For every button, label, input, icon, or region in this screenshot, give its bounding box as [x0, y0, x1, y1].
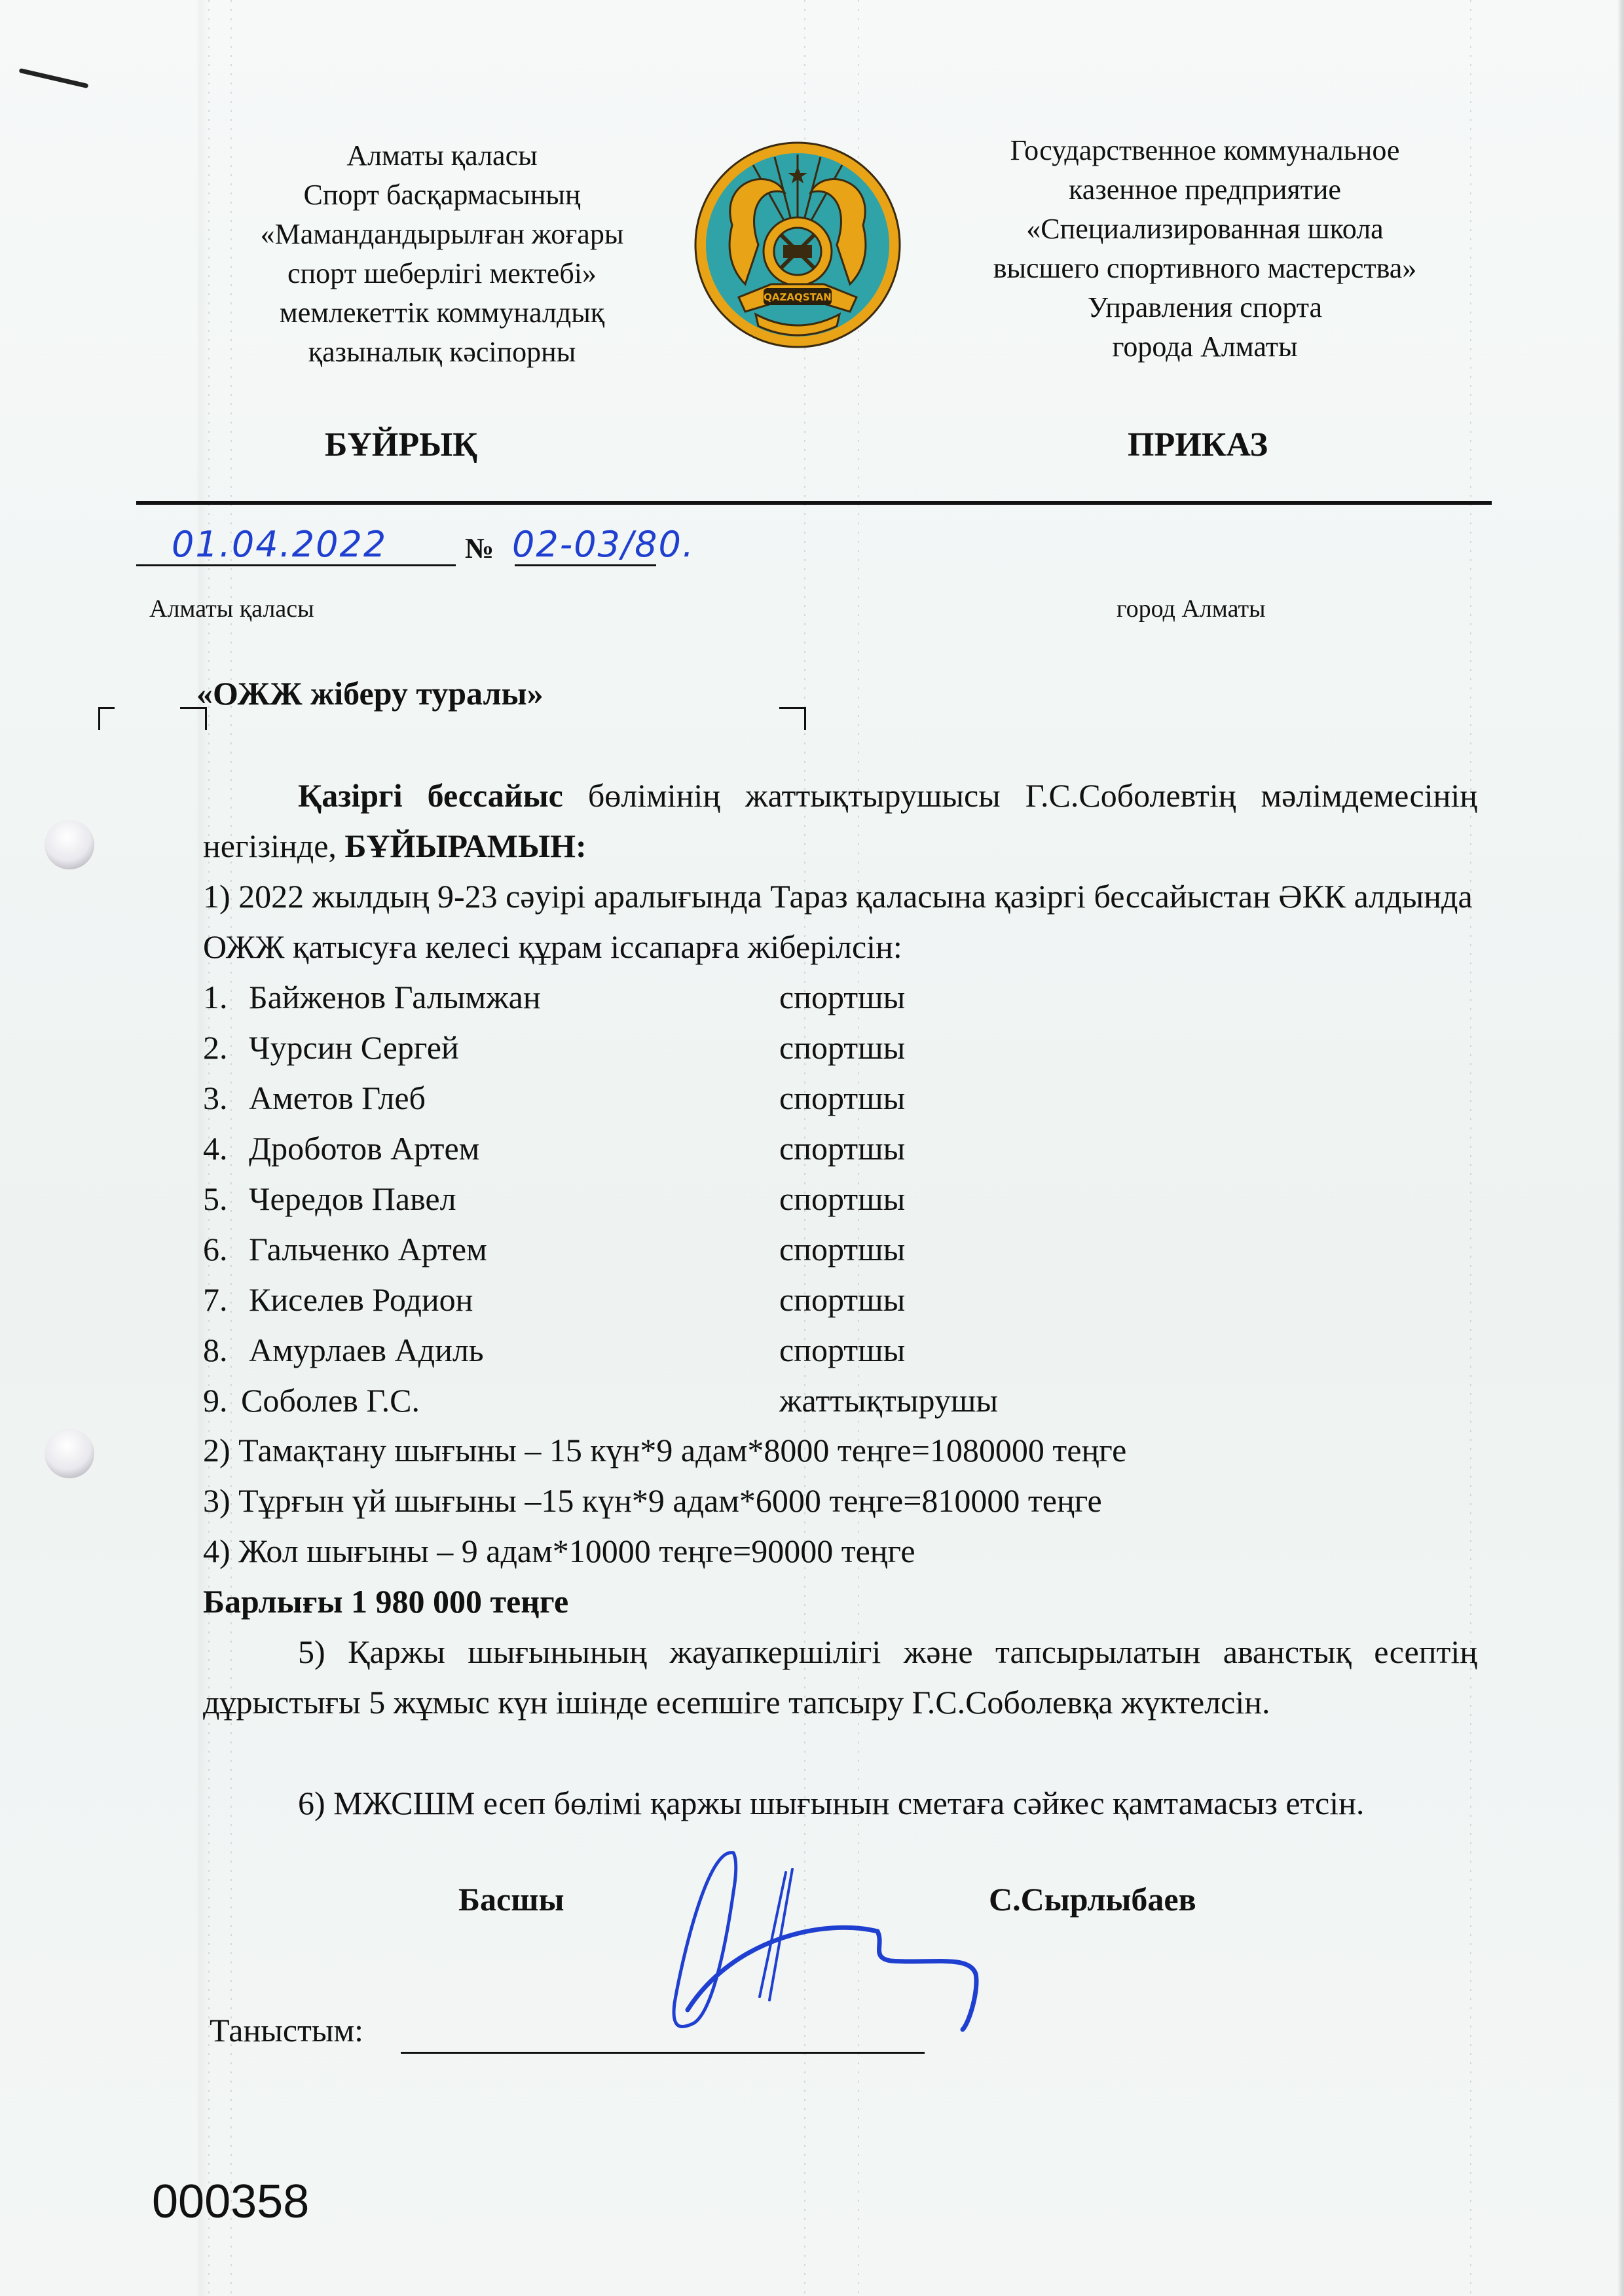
- team-member-number: 3.: [203, 1073, 249, 1123]
- corner-mark: [779, 707, 806, 730]
- team-member-number: 2.: [203, 1023, 249, 1073]
- signatory-position: Басшы: [458, 1880, 564, 1918]
- place-russian: город Алматы: [1116, 594, 1266, 623]
- preamble-bold-start: Қазіргі бессайыс: [298, 777, 563, 814]
- header-kazakh: Алматы қаласы Спорт басқармасының «Маман…: [190, 136, 694, 372]
- handwritten-signature: [655, 1833, 1126, 2049]
- order-number: 02-03/80.: [512, 524, 695, 565]
- serial-number: 000358: [152, 2175, 309, 2229]
- team-member-row: 6.Гальченко Артемспортшы: [203, 1224, 487, 1275]
- header-russian: Государственное коммунальное казенное пр…: [917, 131, 1493, 367]
- team-member-row: 2.Чурсин Сергейспортшы: [203, 1023, 459, 1073]
- header-russian-line: высшего спортивного мастерства»: [917, 249, 1493, 288]
- team-member-row: 4.Дроботов Артемспортшы: [203, 1123, 479, 1174]
- header-russian-line: города Алматы: [917, 327, 1493, 367]
- header-kazakh-line: қазыналық кәсіпорны: [190, 333, 694, 372]
- team-member-row: 3.Аметов Глебспортшы: [203, 1073, 426, 1123]
- team-member-role: спортшы: [779, 1325, 905, 1376]
- team-member-number: 6.: [203, 1224, 249, 1275]
- acknowledged-label: Таныстым:: [210, 2011, 363, 2049]
- team-member-number: 9.: [203, 1376, 241, 1426]
- total-amount: Барлығы 1 980 000 теңге: [203, 1576, 1477, 1627]
- date-underline: [136, 564, 456, 566]
- expense-travel: 4) Жол шығыны – 9 адам*10000 теңге=90000…: [203, 1526, 1477, 1576]
- team-member-role: спортшы: [779, 1123, 905, 1174]
- team-member-number: 1.: [203, 972, 249, 1023]
- header-kazakh-line: «Мамандандырылған жоғары: [190, 215, 694, 254]
- order-subject: «ОЖЖ жіберу туралы»: [196, 674, 544, 712]
- expense-housing: 3) Тұрғын үй шығыны –15 күн*9 адам*6000 …: [203, 1476, 1477, 1526]
- team-member-role: спортшы: [779, 1275, 905, 1325]
- team-member-name: Дроботов Артем: [249, 1130, 479, 1167]
- team-member-number: 8.: [203, 1325, 249, 1376]
- team-member-number: 5.: [203, 1174, 249, 1224]
- team-member-row: 8.Амурлаев Адильспортшы: [203, 1325, 484, 1376]
- preamble-bold-end: БҰЙЫРАМЫН:: [344, 828, 586, 864]
- expenses: 2) Тамақтану шығыны – 15 күн*9 адам*8000…: [203, 1425, 1477, 1627]
- punch-hole: [45, 820, 94, 869]
- punch-hole: [45, 1429, 94, 1478]
- number-underline: [515, 564, 656, 566]
- header-russian-line: казенное предприятие: [917, 170, 1493, 210]
- team-member-row: 1.Байженов Галымжанспортшы: [203, 972, 541, 1023]
- team-member-row: 5.Чередов Павелспортшы: [203, 1174, 456, 1224]
- header-kazakh-line: Алматы қаласы: [190, 136, 694, 175]
- team-member-name: Соболев Г.С.: [241, 1382, 420, 1419]
- team-member-role: жаттықтырушы: [779, 1376, 998, 1426]
- number-sign: №: [465, 532, 494, 565]
- team-member-number: 7.: [203, 1275, 249, 1325]
- corner-mark: [98, 707, 115, 730]
- team-member-name: Байженов Галымжан: [249, 979, 541, 1015]
- item-6: 6) МЖСШМ есеп бөлімі қаржы шығынын смета…: [203, 1778, 1477, 1829]
- team-member-name: Гальченко Артем: [249, 1231, 487, 1267]
- team-member-name: Амурлаев Адиль: [249, 1332, 484, 1368]
- team-member-row: 9.Соболев Г.С.жаттықтырушы: [203, 1376, 420, 1426]
- emblem-label: QAZAQSTAN: [764, 291, 832, 303]
- team-member-number: 4.: [203, 1123, 249, 1174]
- acknowledged-signature-line: [401, 2052, 925, 2054]
- team-member-row: 7.Киселев Родионспортшы: [203, 1275, 473, 1325]
- team-member-role: спортшы: [779, 1224, 905, 1275]
- team-member-name: Чередов Павел: [249, 1180, 456, 1217]
- expense-food: 2) Тамақтану шығыны – 15 күн*9 адам*8000…: [203, 1425, 1477, 1476]
- header-divider: [136, 501, 1492, 505]
- kazakhstan-state-emblem-icon: QAZAQSTAN: [693, 140, 902, 350]
- doc-type-kazakh: БҰЙРЫҚ: [325, 426, 477, 464]
- order-date: 01.04.2022: [172, 524, 387, 565]
- header-russian-line: Управления спорта: [917, 288, 1493, 327]
- header-kazakh-line: спорт шеберлігі мектебі»: [190, 254, 694, 293]
- header-russian-line: «Специализированная школа: [917, 210, 1493, 249]
- team-member-role: спортшы: [779, 972, 905, 1023]
- header-kazakh-line: мемлекеттік коммуналдық: [190, 293, 694, 333]
- item-1: 1) 2022 жылдың 9-23 сәуірі аралығында Та…: [203, 871, 1477, 972]
- team-member-role: спортшы: [779, 1174, 905, 1224]
- place-kazakh: Алматы қаласы: [149, 594, 314, 623]
- team-member-role: спортшы: [779, 1073, 905, 1123]
- preamble: Қазіргі бессайыс бөлімінің жаттықтырушыс…: [203, 771, 1477, 871]
- doc-type-russian: ПРИКАЗ: [1128, 426, 1268, 464]
- team-member-name: Киселев Родион: [249, 1281, 473, 1318]
- team-member-name: Аметов Глеб: [249, 1080, 426, 1116]
- header-russian-line: Государственное коммунальное: [917, 131, 1493, 170]
- header-kazakh-line: Спорт басқармасының: [190, 175, 694, 215]
- team-member-name: Чурсин Сергей: [249, 1029, 459, 1066]
- team-member-role: спортшы: [779, 1023, 905, 1073]
- item-5: 5) Қаржы шығынының жауапкершілігі және т…: [203, 1627, 1477, 1728]
